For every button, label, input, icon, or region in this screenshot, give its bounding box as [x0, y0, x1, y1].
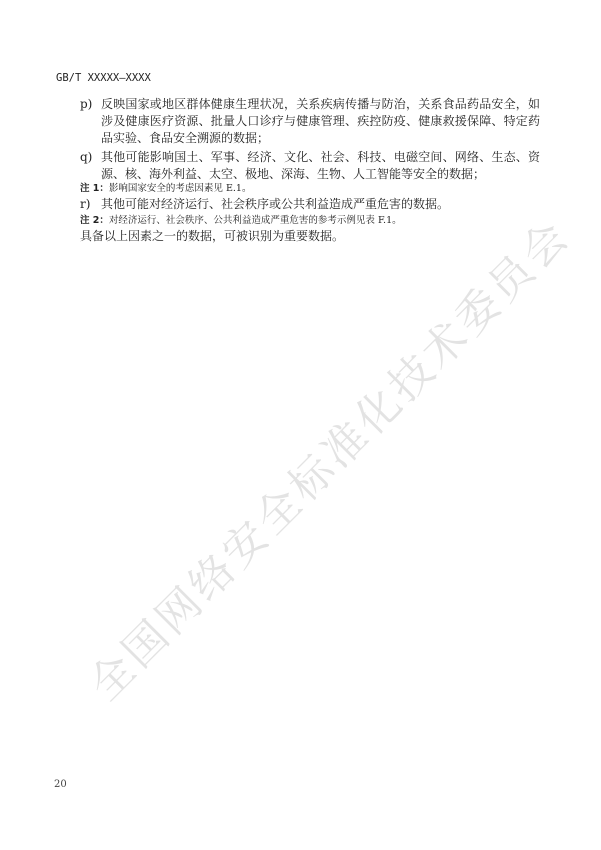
watermark: 全国网络安全标准化技术委员会 — [73, 204, 581, 712]
list-item-text: 反映国家或地区群体健康生理状况，关系疾病传播与防治，关系食品药品安全，如涉及健康… — [101, 96, 540, 147]
standard-code-header: GB/T XXXXX—XXXX — [56, 72, 151, 84]
list-marker: q) — [80, 149, 100, 166]
list-item-p: p) 反映国家或地区群体健康生理状况，关系疾病传播与防治，关系食品药品安全，如涉… — [80, 96, 540, 147]
note-text: 影响国家安全的考虑因素见 E.1。 — [109, 183, 252, 194]
page-number: 20 — [54, 779, 67, 790]
list-marker: r) — [80, 196, 100, 213]
list-item-text: 其他可能对经济运行、社会秩序或公共利益造成严重危害的数据。 — [101, 196, 540, 213]
list-marker: p) — [80, 96, 100, 113]
note-label: 注 2： — [80, 215, 109, 226]
list-item-text: 其他可能影响国土、军事、经济、文化、社会、科技、电磁空间、网络、生态、资源、核、… — [101, 149, 540, 183]
note-2: 注 2：对经济运行、社会秩序、公共利益造成严重危害的参考示例见表 F.1。 — [80, 214, 540, 228]
document-page: GB/T XXXXX—XXXX p) 反映国家或地区群体健康生理状况，关系疾病传… — [0, 0, 601, 850]
note-text: 对经济运行、社会秩序、公共利益造成严重危害的参考示例见表 F.1。 — [109, 215, 402, 226]
list-item-r: r) 其他可能对经济运行、社会秩序或公共利益造成严重危害的数据。 — [80, 196, 540, 213]
note-1: 注 1：影响国家安全的考虑因素见 E.1。 — [80, 182, 540, 196]
list-item-q: q) 其他可能影响国土、军事、经济、文化、社会、科技、电磁空间、网络、生态、资源… — [80, 149, 540, 183]
note-label: 注 1： — [80, 183, 109, 194]
conclusion-paragraph: 具备以上因素之一的数据，可被识别为重要数据。 — [80, 228, 540, 245]
